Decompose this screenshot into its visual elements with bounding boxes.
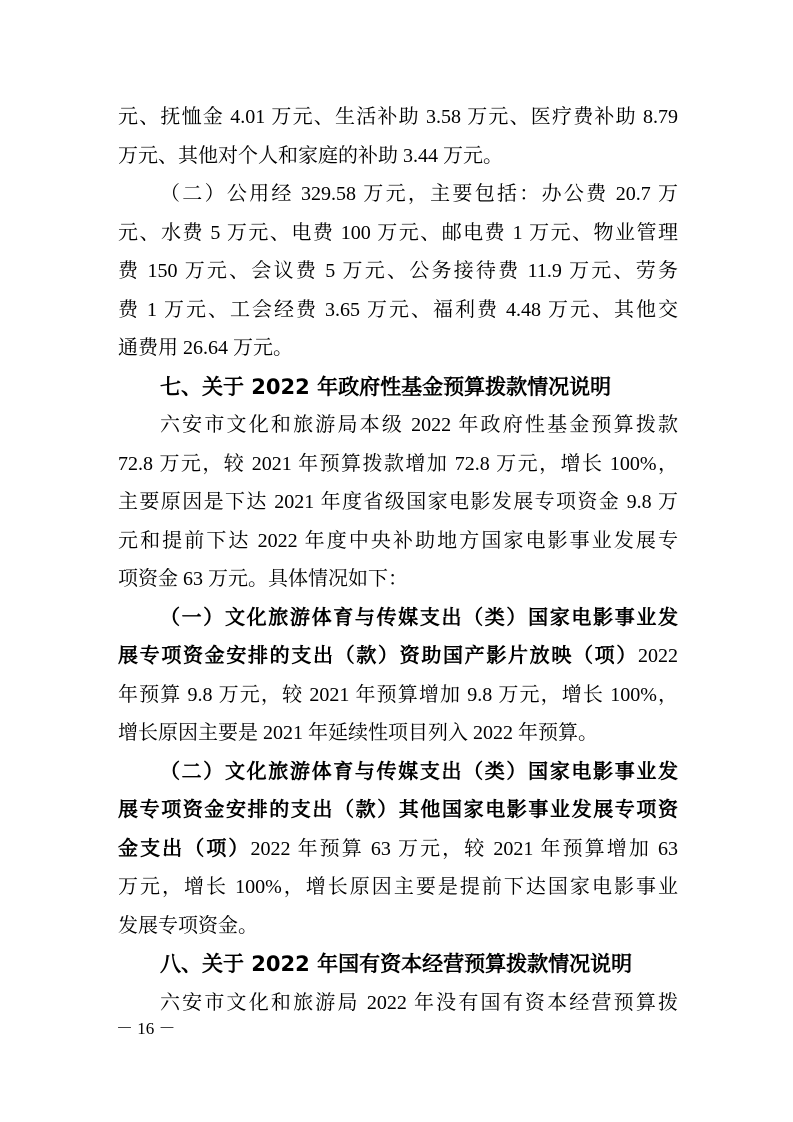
text-line: （二）文化旅游体育与传媒支出（类）国家电影事业发 xyxy=(118,753,678,792)
text-line: 元、抚恤金 4.01 万元、生活补助 3.58 万元、医疗费补助 8.79 xyxy=(118,98,678,137)
text-line: 万元、其他对个人和家庭的补助 3.44 万元。 xyxy=(118,137,678,176)
heading-text-run: 八、关于 2022 年国有资本经营预算拨款情况说明 xyxy=(160,952,632,976)
text-run: 六安市文化和旅游局 2022 年没有国有资本经营预算拨 xyxy=(160,992,678,1014)
text-line: 发展专项资金。 xyxy=(118,907,678,946)
text-run: （一）文化旅游体育与传媒支出（类）国家电影事业发 xyxy=(160,607,678,629)
text-run: 年预算 9.8 万元，较 2021 年预算增加 9.8 万元，增长 100%， xyxy=(118,684,678,706)
text-line: 展专项资金安排的支出（款）其他国家电影事业发展专项资 xyxy=(118,791,678,830)
text-run: 六安市文化和旅游局本级 2022 年政府性基金预算拨款 xyxy=(160,414,678,436)
text-run: 万元，增长 100%，增长原因主要是提前下达国家电影事业 xyxy=(118,876,678,898)
text-run: 通费用 26.64 万元。 xyxy=(118,337,293,359)
text-run: （二）公用经 329.58 万元，主要包括：办公费 20.7 万 xyxy=(160,183,678,205)
text-run: 主要原因是下达 2021 年度省级国家电影发展专项资金 9.8 万 xyxy=(118,491,678,513)
text-run: （二）文化旅游体育与传媒支出（类）国家电影事业发 xyxy=(160,761,678,783)
text-run: 元、水费 5 万元、电费 100 万元、邮电费 1 万元、物业管理 xyxy=(118,222,678,244)
text-run: 2022 年预算 63 万元，较 2021 年预算增加 63 xyxy=(251,838,679,860)
text-line: （二）公用经 329.58 万元，主要包括：办公费 20.7 万 xyxy=(118,175,678,214)
text-line: 主要原因是下达 2021 年度省级国家电影发展专项资金 9.8 万 xyxy=(118,483,678,522)
text-run: 增长原因主要是 2021 年延续性项目列入 2022 年预算。 xyxy=(118,722,598,744)
text-line: 年预算 9.8 万元，较 2021 年预算增加 9.8 万元，增长 100%， xyxy=(118,676,678,715)
text-run: 金支出（项） xyxy=(118,838,251,860)
text-line: 费 1 万元、工会经费 3.65 万元、福利费 4.48 万元、其他交 xyxy=(118,291,678,330)
text-line: 六安市文化和旅游局本级 2022 年政府性基金预算拨款 xyxy=(118,406,678,445)
text-run: 费 1 万元、工会经费 3.65 万元、福利费 4.48 万元、其他交 xyxy=(118,299,678,321)
text-run: 72.8 万元，较 2021 年预算拨款增加 72.8 万元，增长 100%， xyxy=(118,453,678,475)
text-run: 2022 xyxy=(638,645,678,667)
text-line: 金支出（项）2022 年预算 63 万元，较 2021 年预算增加 63 xyxy=(118,830,678,869)
text-run: 发展专项资金。 xyxy=(118,915,258,937)
text-line: 通费用 26.64 万元。 xyxy=(118,329,678,368)
section-heading: 八、关于 2022 年国有资本经营预算拨款情况说明 xyxy=(118,945,678,984)
text-line: 费 150 万元、会议费 5 万元、公务接待费 11.9 万元、劳务 xyxy=(118,252,678,291)
text-run: 费 150 万元、会议费 5 万元、公务接待费 11.9 万元、劳务 xyxy=(118,260,678,282)
text-line: 增长原因主要是 2021 年延续性项目列入 2022 年预算。 xyxy=(118,714,678,753)
text-line: 元、水费 5 万元、电费 100 万元、邮电费 1 万元、物业管理 xyxy=(118,214,678,253)
text-line: 元和提前下达 2022 年度中央补助地方国家电影事业发展专 xyxy=(118,522,678,561)
text-run: 元和提前下达 2022 年度中央补助地方国家电影事业发展专 xyxy=(118,530,678,552)
document-page: 元、抚恤金 4.01 万元、生活补助 3.58 万元、医疗费补助 8.79万元、… xyxy=(0,0,793,1122)
text-run: 展专项资金安排的支出（款）其他国家电影事业发展专项资 xyxy=(118,799,678,821)
text-run: 万元、其他对个人和家庭的补助 3.44 万元。 xyxy=(118,145,503,167)
text-line: 72.8 万元，较 2021 年预算拨款增加 72.8 万元，增长 100%， xyxy=(118,445,678,484)
text-line: 六安市文化和旅游局 2022 年没有国有资本经营预算拨 xyxy=(118,984,678,1023)
text-line: 展专项资金安排的支出（款）资助国产影片放映（项）2022 xyxy=(118,637,678,676)
text-run: 展专项资金安排的支出（款）资助国产影片放映（项） xyxy=(118,645,638,667)
section-heading: 七、关于 2022 年政府性基金预算拨款情况说明 xyxy=(118,368,678,407)
document-body: 元、抚恤金 4.01 万元、生活补助 3.58 万元、医疗费补助 8.79万元、… xyxy=(118,98,678,1022)
text-run: 项资金 63 万元。具体情况如下： xyxy=(118,568,408,590)
text-line: 万元，增长 100%，增长原因主要是提前下达国家电影事业 xyxy=(118,868,678,907)
page-number: － 16 － xyxy=(116,1014,176,1039)
text-run: 元、抚恤金 4.01 万元、生活补助 3.58 万元、医疗费补助 8.79 xyxy=(118,106,678,128)
text-line: （一）文化旅游体育与传媒支出（类）国家电影事业发 xyxy=(118,599,678,638)
text-line: 项资金 63 万元。具体情况如下： xyxy=(118,560,678,599)
heading-text-run: 七、关于 2022 年政府性基金预算拨款情况说明 xyxy=(160,375,611,399)
